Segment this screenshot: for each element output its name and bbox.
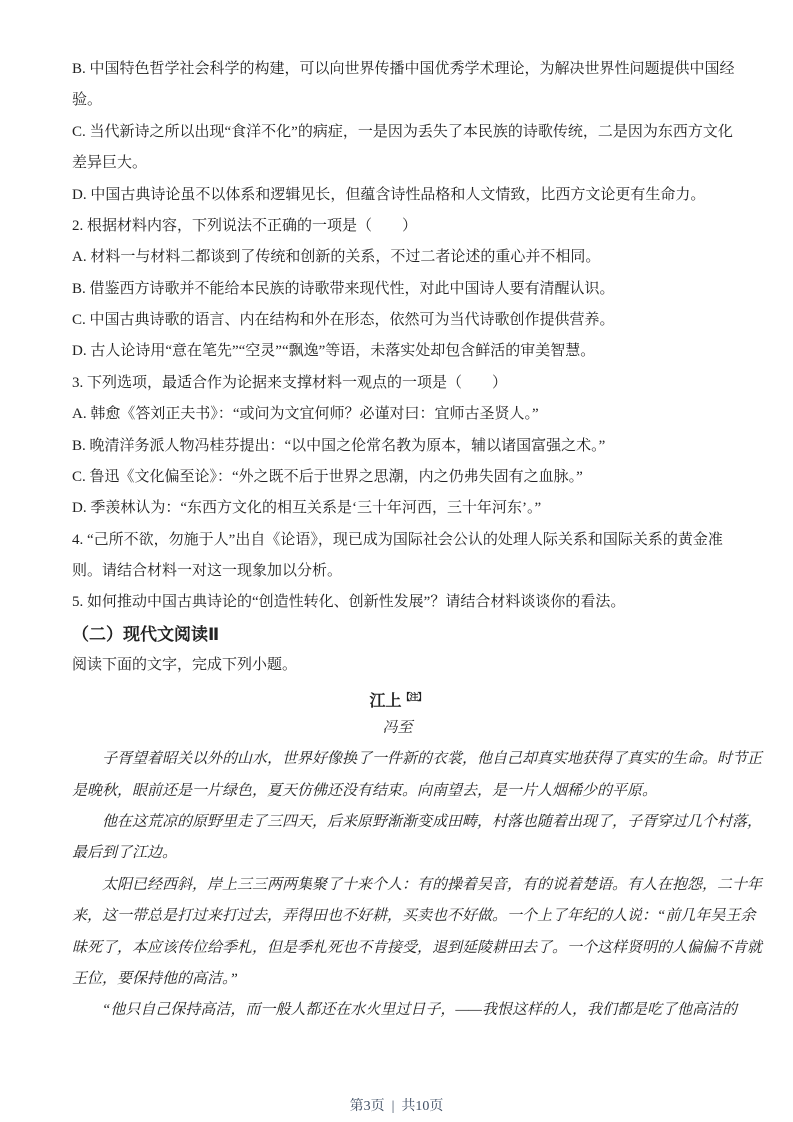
question-line: C. 鲁迅《文化偏至论》：“外之既不后于世界之思潮，内之仍弗失固有之血脉。” [72,462,723,493]
line-text: C. 当代新诗之所以出现“食洋不化”的病症，一是因为丢失了本民族的诗歌传统，二是… [72,124,733,140]
question-line: C. 当代新诗之所以出现“食洋不化”的病症，一是因为丢失了本民族的诗歌传统，二是… [72,117,723,148]
question-line: 4. “己所不欲，勿施于人”出自《论语》，现已成为国际社会公认的处理人际关系和国… [72,525,723,556]
line-text: 昧死了，本应该传位给季札，但是季札死也不肯接受，退到延陵耕田去了。一个这样贤明的… [72,940,762,956]
passage-line: 昧死了，本应该传位给季札，但是季札死也不肯接受，退到延陵耕田去了。一个这样贤明的… [72,933,723,964]
question-line: D. 中国古典诗论虽不以体系和逻辑见长，但蕴含诗性品格和人文情致，比西方文论更有… [72,180,723,211]
line-text: 2. 根据材料内容，下列说法不正确的一项是（ ） [72,218,417,234]
question-line: A. 韩愈《答刘正夫书》：“或问为文宜何师？必谨对曰：宜师古圣贤人。” [72,399,723,430]
line-text: 5. 如何推动中国古典诗论的“创造性转化、创新性发展”？请结合材料谈谈你的看法。 [72,594,625,610]
footer-separator: | [392,1099,395,1114]
page-text-block: B. 中国特色哲学社会科学的构建，可以向世界传播中国优秀学术理论，为解决世界性问… [72,54,723,1027]
passage-line: 最后到了江边。 [72,838,723,869]
line-text: （二）现代文阅读Ⅱ [72,625,219,644]
question-line: D. 季羡林认为：“东西方文化的相互关系是‘三十年河西，三十年河东’。” [72,493,723,524]
line-text: 江上 [369,693,401,710]
question-line: 阅读下面的文字，完成下列小题。 [72,650,723,681]
question-line: B. 借鉴西方诗歌并不能给本民族的诗歌带来现代性，对此中国诗人要有清醒认识。 [72,274,723,305]
note-superscript: 【注】 [402,692,426,702]
line-text: D. 中国古典诗论虽不以体系和逻辑见长，但蕴含诗性品格和人文情致，比西方文论更有… [72,187,705,203]
passage-line: 太阳已经西斜，岸上三三两两集聚了十来个人：有的操着吴音，有的说着楚语。有人在抱怨… [72,870,723,901]
line-text: B. 借鉴西方诗歌并不能给本民族的诗歌带来现代性，对此中国诗人要有清醒认识。 [72,281,615,297]
question-line: 差异巨大。 [72,148,723,179]
question-line: B. 中国特色哲学社会科学的构建，可以向世界传播中国优秀学术理论，为解决世界性问… [72,54,723,85]
footer-page-number: 第3页 [350,1099,385,1114]
line-text: 3. 下列选项，最适合作为论据来支撑材料一观点的一项是（ ） [72,375,507,391]
exam-paper-page: B. 中国特色哲学社会科学的构建，可以向世界传播中国优秀学术理论，为解决世界性问… [0,0,793,1122]
passage-author: 冯至 [72,713,723,744]
line-text: C. 中国古典诗歌的语言、内在结构和外在形态，依然可为当代诗歌创作提供营养。 [72,312,615,328]
passage-title: 江上【注】 [72,682,723,713]
line-text: 冯至 [382,720,412,736]
line-text: 则。请结合材料一对这一现象加以分析。 [72,563,342,579]
line-text: A. 韩愈《答刘正夫书》：“或问为文宜何师？必谨对曰：宜师古圣贤人。” [72,406,539,422]
line-text: 阅读下面的文字，完成下列小题。 [72,657,297,673]
line-text: C. 鲁迅《文化偏至论》：“外之既不后于世界之思潮，内之仍弗失固有之血脉。” [72,469,583,485]
line-text: “他只自己保持高洁，而一般人都还在水火里过日子，——我恨这样的人，我们都是吃了他… [102,1002,737,1018]
line-text: D. 季羡林认为：“东西方文化的相互关系是‘三十年河西，三十年河东’。” [72,500,541,516]
line-text: B. 中国特色哲学社会科学的构建，可以向世界传播中国优秀学术理论，为解决世界性问… [72,61,735,77]
passage-line: 他在这荒凉的原野里走了三四天，后来原野渐渐变成田畴，村落也随着出现了，子胥穿过几… [72,807,723,838]
line-text: 他在这荒凉的原野里走了三四天，后来原野渐渐变成田畴，村落也随着出现了，子胥穿过几… [102,814,762,830]
question-line: C. 中国古典诗歌的语言、内在结构和外在形态，依然可为当代诗歌创作提供营养。 [72,305,723,336]
line-text: D. 古人论诗用“意在笔先”“空灵”“飘逸”等语，未落实处却包含鲜活的审美智慧。 [72,343,595,359]
passage-line: “他只自己保持高洁，而一般人都还在水火里过日子，——我恨这样的人，我们都是吃了他… [72,995,723,1026]
line-text: 子胥望着昭关以外的山水，世界好像换了一件新的衣裳，他自己却真实地获得了真实的生命… [102,751,762,767]
question-line: 2. 根据材料内容，下列说法不正确的一项是（ ） [72,211,723,242]
line-text: 是晚秋，眼前还是一片绿色，夏天仿佛还没有结束。向南望去，是一片人烟稀少的平原。 [72,783,657,799]
passage-line: 来，这一带总是打过来打过去，弄得田也不好耕，买卖也不好做。一个上了年纪的人说：“… [72,901,723,932]
question-line: A. 材料一与材料二都谈到了传统和创新的关系，不过二者论述的重心并不相同。 [72,242,723,273]
page-footer: 第3页|共10页 [0,1095,793,1115]
line-text: 4. “己所不欲，勿施于人”出自《论语》，现已成为国际社会公认的处理人际关系和国… [72,532,723,548]
line-text: 来，这一带总是打过来打过去，弄得田也不好耕，买卖也不好做。一个上了年纪的人说：“… [72,908,755,924]
footer-total-pages: 共10页 [401,1099,443,1114]
question-line: B. 晚清洋务派人物冯桂芬提出：“以中国之伦常名教为原本，辅以诸国富强之术。” [72,431,723,462]
question-line: 则。请结合材料一对这一现象加以分析。 [72,556,723,587]
line-text: 太阳已经西斜，岸上三三两两集聚了十来个人：有的操着吴音，有的说着楚语。有人在抱怨… [102,877,762,893]
question-line: 验。 [72,85,723,116]
question-line: 3. 下列选项，最适合作为论据来支撑材料一观点的一项是（ ） [72,368,723,399]
question-line: D. 古人论诗用“意在笔先”“空灵”“飘逸”等语，未落实处却包含鲜活的审美智慧。 [72,336,723,367]
question-line: 5. 如何推动中国古典诗论的“创造性转化、创新性发展”？请结合材料谈谈你的看法。 [72,587,723,618]
passage-line: 是晚秋，眼前还是一片绿色，夏天仿佛还没有结束。向南望去，是一片人烟稀少的平原。 [72,776,723,807]
line-text: A. 材料一与材料二都谈到了传统和创新的关系，不过二者论述的重心并不相同。 [72,249,600,265]
line-text: 最后到了江边。 [72,845,177,861]
passage-line: 王位，要保持他的高洁。” [72,964,723,995]
passage-line: 子胥望着昭关以外的山水，世界好像换了一件新的衣裳，他自己却真实地获得了真实的生命… [72,744,723,775]
line-text: 王位，要保持他的高洁。” [72,971,238,987]
line-text: B. 晚清洋务派人物冯桂芬提出：“以中国之伦常名教为原本，辅以诸国富强之术。” [72,438,605,454]
line-text: 差异巨大。 [72,155,147,171]
line-text: 验。 [72,92,102,108]
section-heading: （二）现代文阅读Ⅱ [72,619,723,650]
